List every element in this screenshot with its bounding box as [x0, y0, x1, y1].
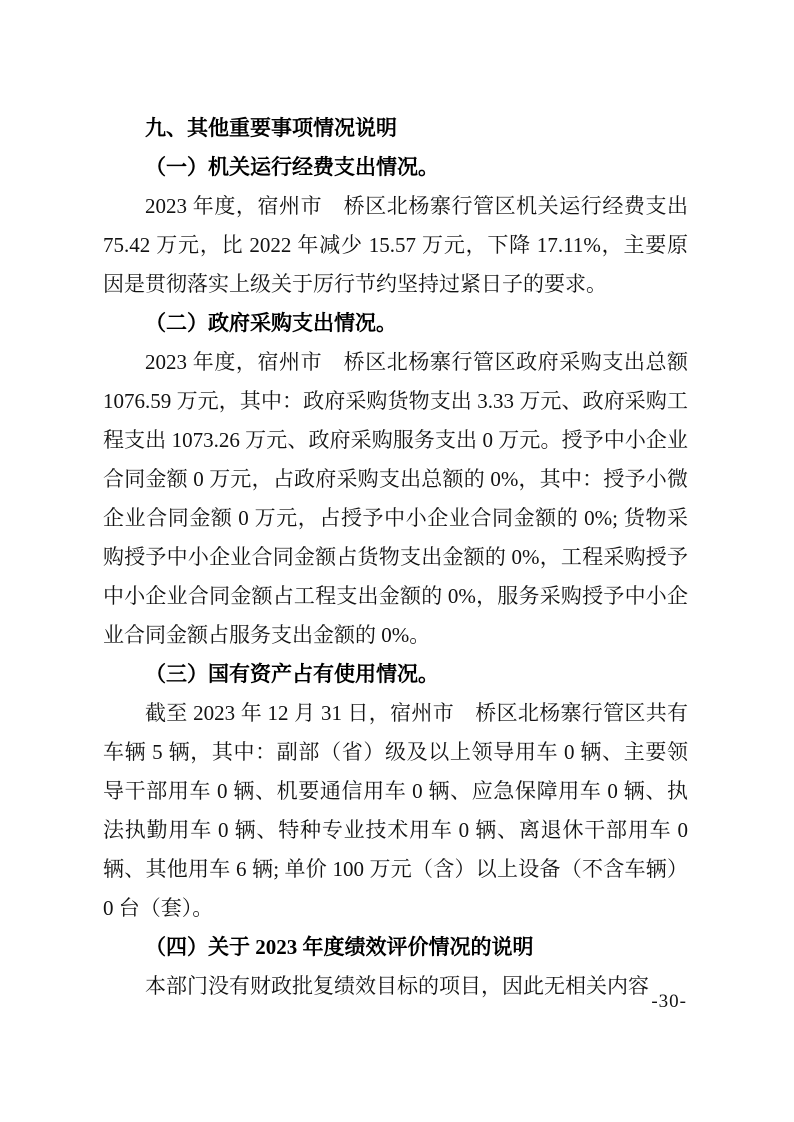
subsection-2-paragraph: 2023 年度，宿州市 桥区北杨寨行管区政府采购支出总额 1076.59 万元，… [103, 343, 688, 655]
document-page: 九、其他重要事项情况说明 （一）机关运行经费支出情况。 2023 年度，宿州市 … [0, 0, 794, 1122]
subsection-1-title: （一）机关运行经费支出情况。 [103, 148, 688, 187]
page-number: -30- [651, 991, 687, 1013]
subsection-3-paragraph: 截至 2023 年 12 月 31 日，宿州市 桥区北杨寨行管区共有车辆 5 辆… [103, 694, 688, 928]
subsection-2-title: （二）政府采购支出情况。 [103, 304, 688, 343]
subsection-4-title: （四）关于 2023 年度绩效评价情况的说明 [103, 928, 688, 967]
subsection-1-paragraph: 2023 年度，宿州市 桥区北杨寨行管区机关运行经费支出 75.42 万元，比 … [103, 187, 688, 304]
subsection-4-paragraph: 本部门没有财政批复绩效目标的项目，因此无相关内容 [103, 967, 688, 1006]
document-body: 九、其他重要事项情况说明 （一）机关运行经费支出情况。 2023 年度，宿州市 … [103, 109, 688, 1006]
subsection-3-title: （三）国有资产占有使用情况。 [103, 655, 688, 694]
main-section-heading: 九、其他重要事项情况说明 [103, 109, 688, 148]
